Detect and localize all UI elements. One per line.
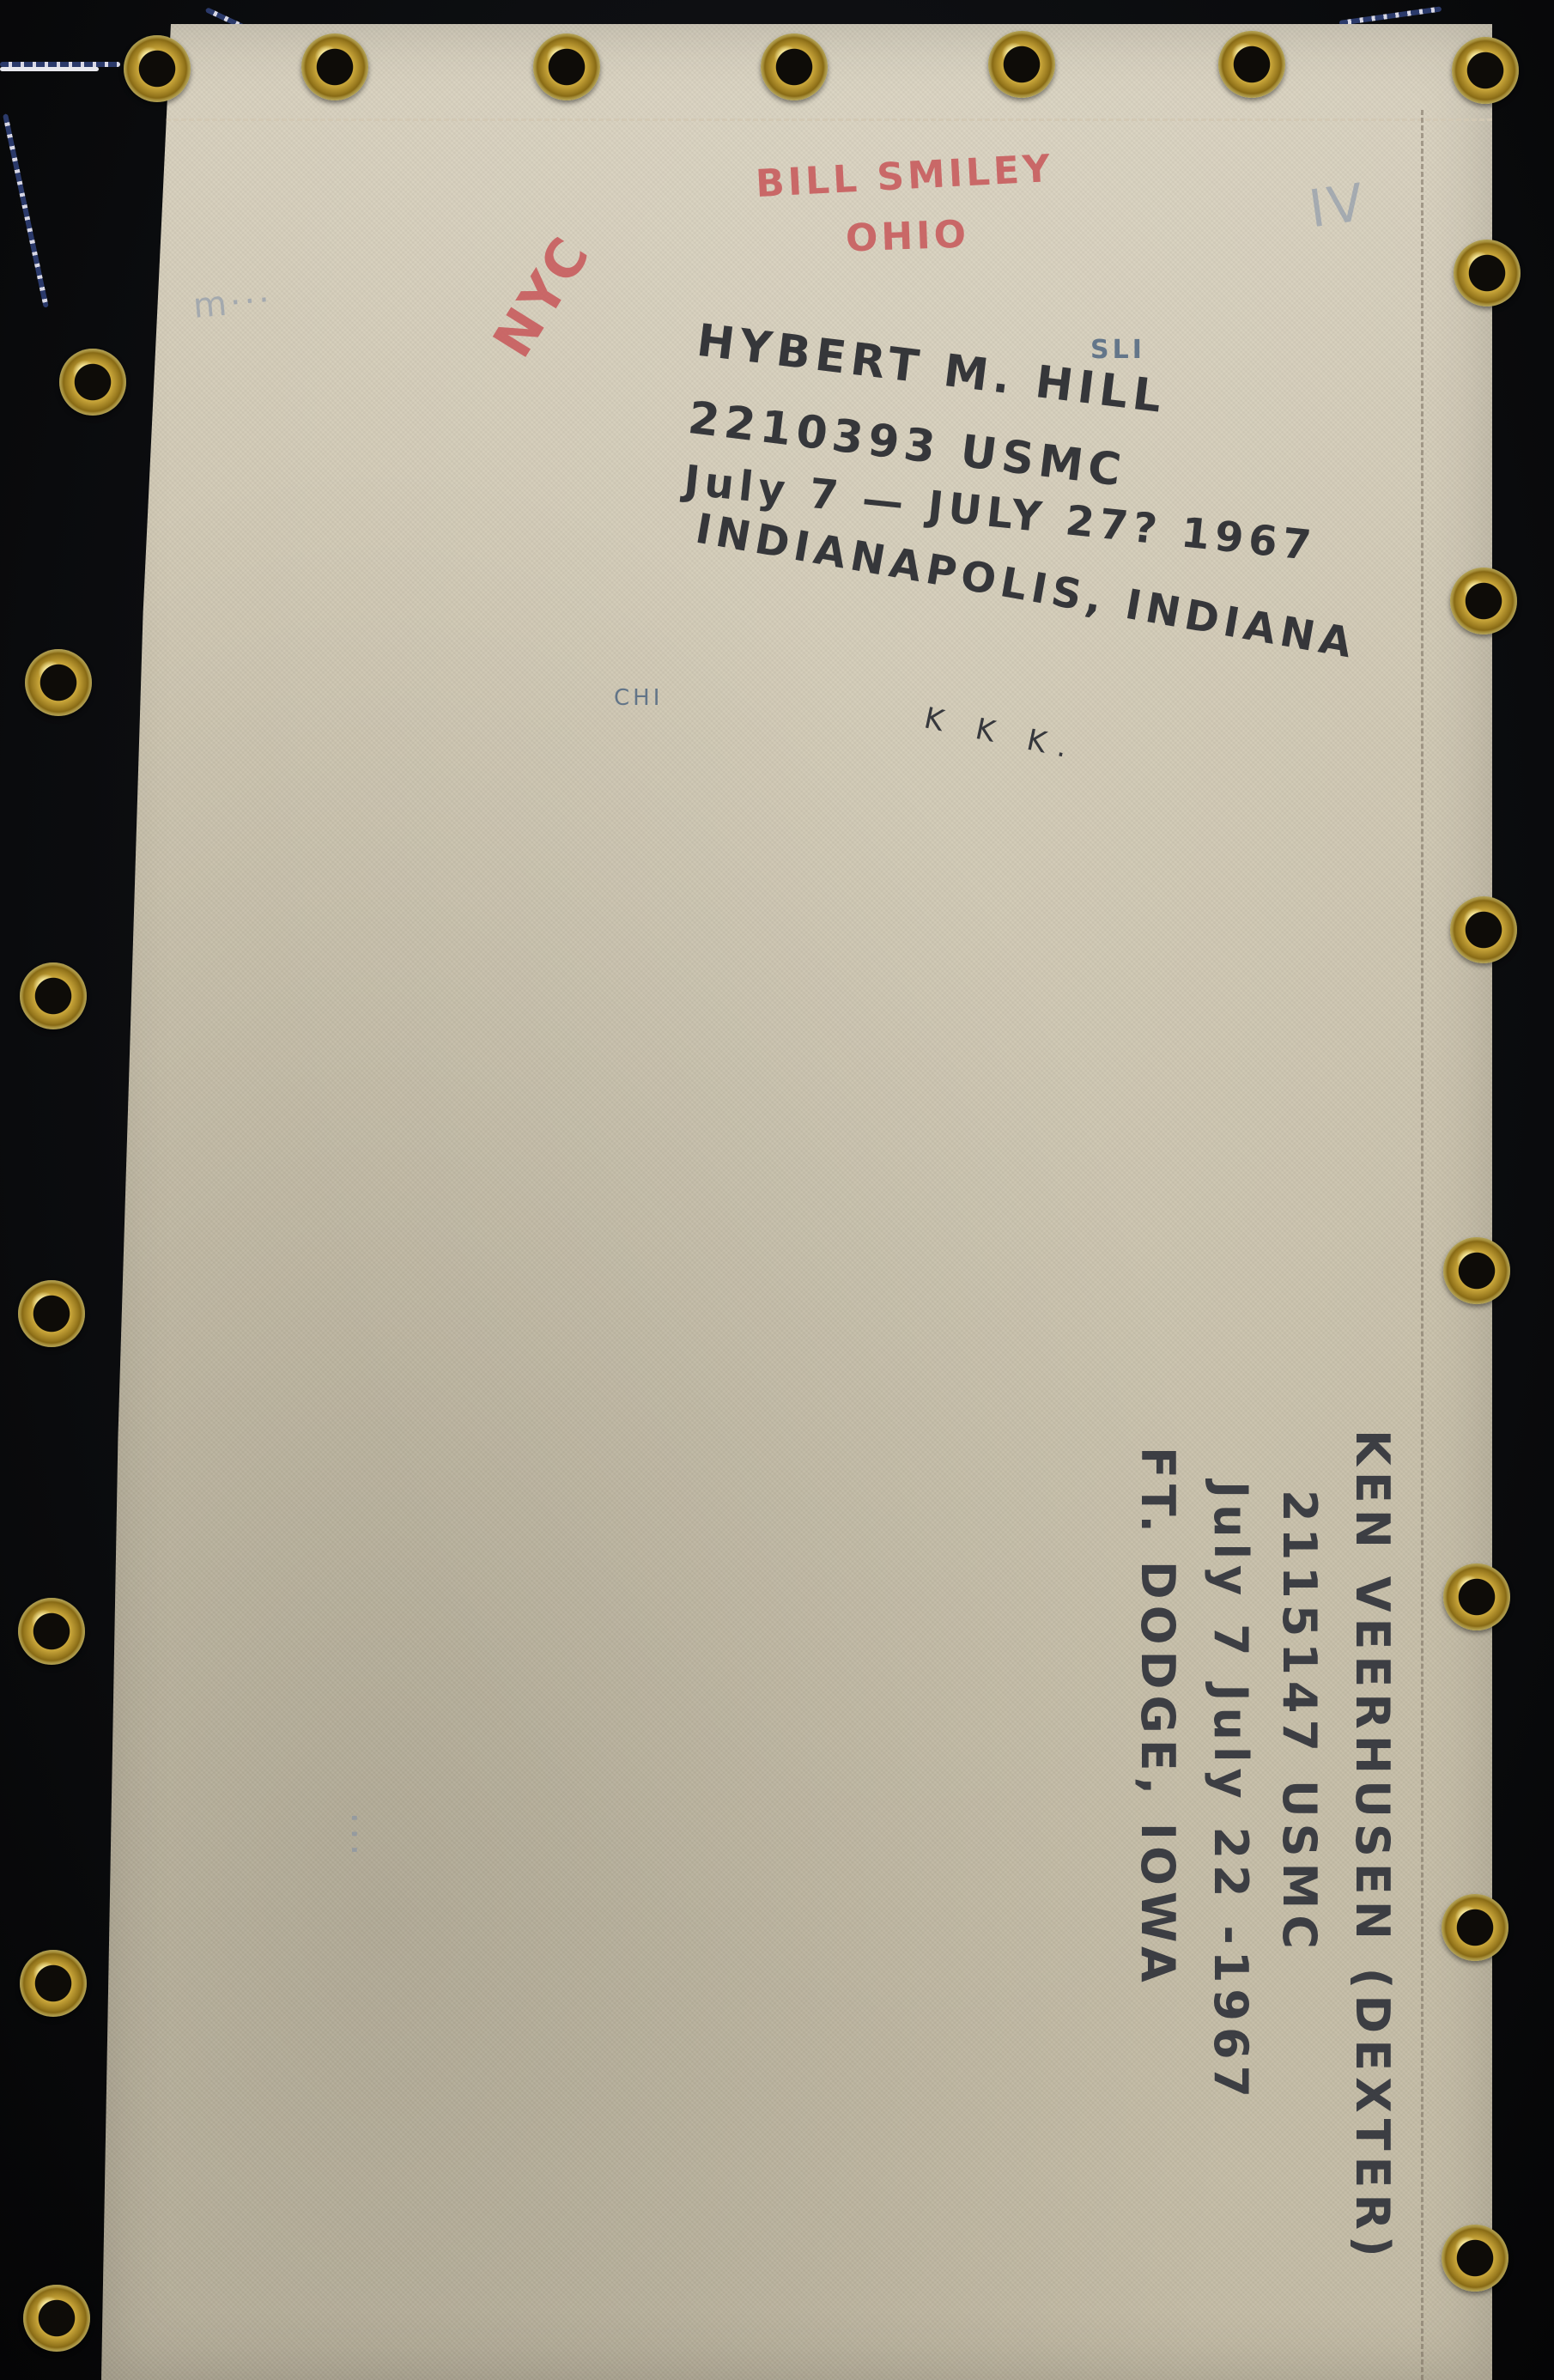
tie-string — [0, 67, 99, 71]
brass-grommet — [1443, 1563, 1510, 1630]
ken-name: KEN VEERHUSEN (DEXTER) — [1345, 1430, 1399, 2263]
brass-grommet — [18, 1598, 85, 1665]
brass-grommet — [25, 649, 92, 716]
brass-grommet — [124, 35, 191, 102]
inscription-chi: CHI — [614, 685, 663, 711]
brass-grommet — [1454, 240, 1521, 307]
brass-grommet — [1450, 896, 1517, 963]
ken-dates: July 7 July 22 -1967 — [1204, 1481, 1258, 2104]
inscription-sli: SLI — [1090, 335, 1145, 365]
brass-grommet — [761, 33, 828, 100]
faint-pencil-mark: IV — [1305, 173, 1370, 240]
brass-grommet — [1450, 568, 1517, 634]
brass-grommet — [1443, 1237, 1510, 1304]
inscription-ohio: OHIO — [845, 213, 970, 261]
brass-grommet — [18, 1280, 85, 1347]
brass-grommet — [1442, 1894, 1508, 1961]
faint-pencil-word: m··· — [191, 280, 275, 326]
top-hem-seam — [127, 118, 1492, 121]
brass-grommet — [1452, 37, 1519, 104]
brass-grommet — [1442, 2225, 1508, 2292]
brass-grommet — [533, 33, 600, 100]
brass-grommet — [301, 33, 368, 100]
ken-hometown: FT. DODGE, IOWA — [1131, 1447, 1185, 1988]
faint-pencil-mark-lower: ··· — [331, 1812, 378, 1860]
right-hem-seam — [1421, 110, 1423, 2380]
brass-grommet — [20, 962, 87, 1029]
ken-service: 2115147 USMC — [1272, 1490, 1326, 1955]
brass-grommet — [59, 349, 126, 416]
brass-grommet — [1218, 31, 1285, 98]
brass-grommet — [20, 1950, 87, 2017]
brass-grommet — [23, 2285, 90, 2352]
brass-grommet — [988, 31, 1055, 98]
